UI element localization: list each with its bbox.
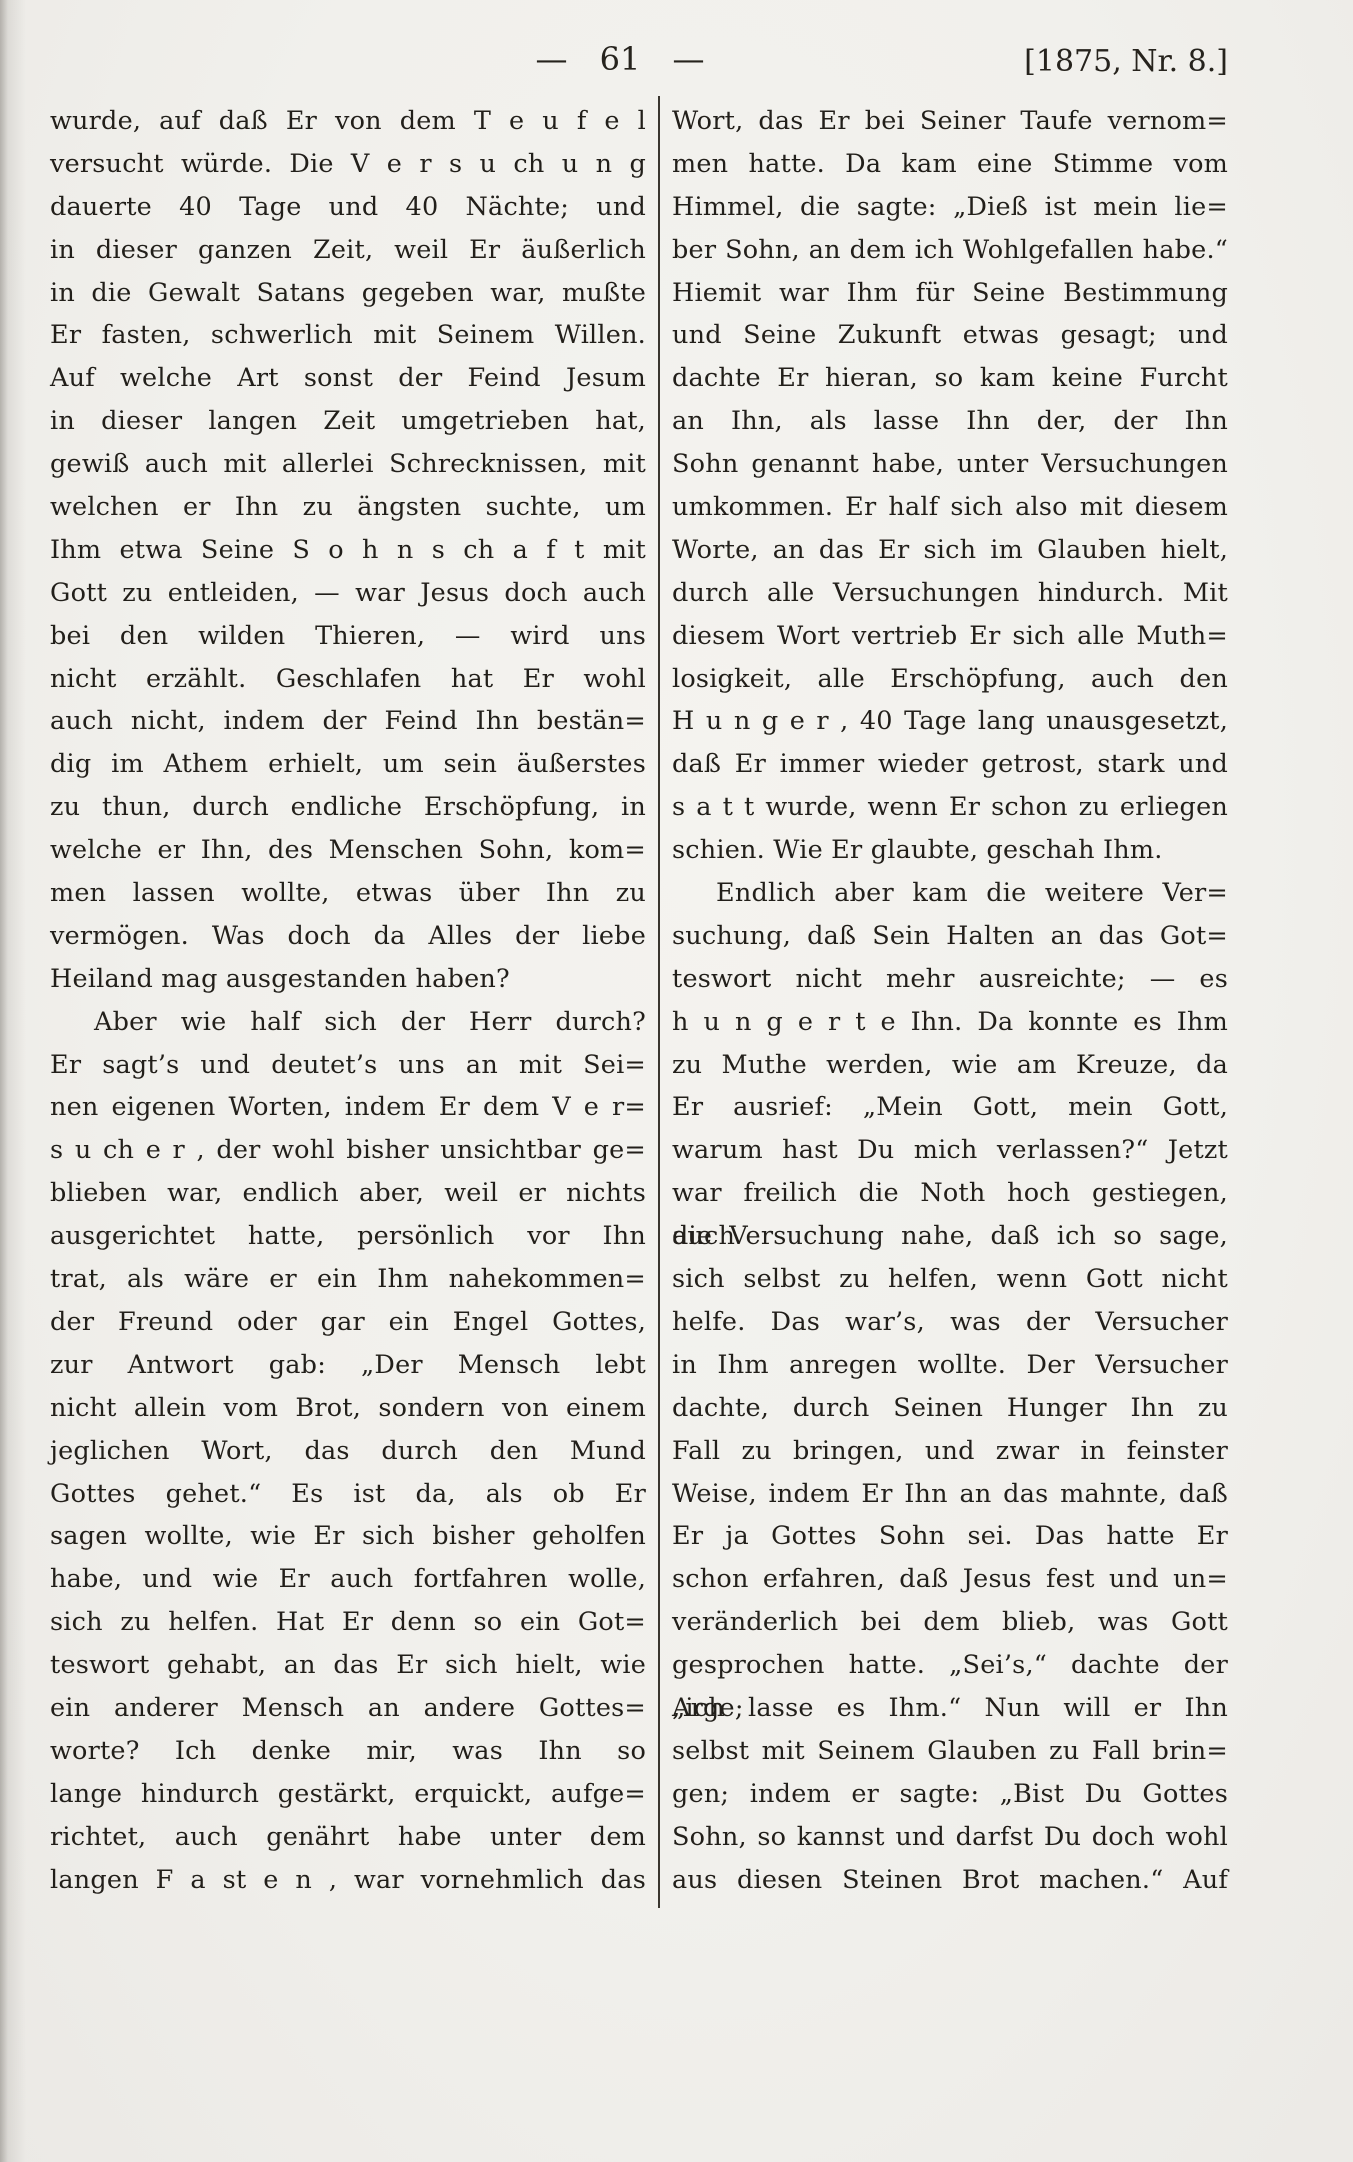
text-line: gesprochen hatte. „Sei’s,“ dachte der Ar… (672, 1644, 1228, 1687)
text-line: Ihm etwa Seine S o h n s ch a f t mit (50, 529, 646, 572)
text-line: worte? Ich denke mir, was Ihn so (50, 1730, 646, 1773)
text-line: losigkeit, alle Erschöpfung, auch den (672, 658, 1228, 701)
text-line: warum hast Du mich verlassen?“ Jetzt (672, 1129, 1228, 1172)
text-line: in Ihm anregen wollte. Der Versucher (672, 1344, 1228, 1387)
text-line: teswort nicht mehr ausreichte; — es (672, 958, 1228, 1001)
text-line: Aber wie half sich der Herr durch? (50, 1001, 646, 1044)
text-line: der Freund oder gar ein Engel Gottes, (50, 1301, 646, 1344)
text-line: trat, als wäre er ein Ihm nahekommen= (50, 1258, 646, 1301)
text-line: lange hindurch gestärkt, erquickt, aufge… (50, 1773, 646, 1816)
text-line: Hiemit war Ihm für Seine Bestimmung (672, 272, 1228, 315)
text-line: daß Er immer wieder getrost, stark und (672, 743, 1228, 786)
text-line: selbst mit Seinem Glauben zu Fall brin= (672, 1730, 1228, 1773)
text-line: und Seine Zukunft etwas gesagt; und (672, 314, 1228, 357)
text-line: Heiland mag ausgestanden haben? (50, 958, 646, 1001)
text-line: Himmel, die sagte: „Dieß ist mein lie= (672, 186, 1228, 229)
text-line: jeglichen Wort, das durch den Mund (50, 1430, 646, 1473)
text-line: men hatte. Da kam eine Stimme vom (672, 143, 1228, 186)
text-line: nicht allein vom Brot, sondern von einem (50, 1387, 646, 1430)
column-divider-rule (658, 96, 660, 1908)
text-line: richtet, auch genährt habe unter dem (50, 1816, 646, 1859)
text-line: Endlich aber kam die weitere Ver= (672, 872, 1228, 915)
text-line: s a t t wurde, wenn Er schon zu erliegen (672, 786, 1228, 829)
text-line: Er ja Gottes Sohn sei. Das hatte Er (672, 1515, 1228, 1558)
text-line: in dieser ganzen Zeit, weil Er äußerlich (50, 229, 646, 272)
text-line: s u ch e r , der wohl bisher unsichtbar … (50, 1129, 646, 1172)
text-line: gen; indem er sagte: „Bist Du Gottes (672, 1773, 1228, 1816)
issue-reference: [1875, Nr. 8.] (1024, 44, 1228, 79)
text-line: Worte, an das Er sich im Glauben hielt, (672, 529, 1228, 572)
text-line: umkommen. Er half sich also mit diesem (672, 486, 1228, 529)
text-line: welche er Ihn, des Menschen Sohn, kom= (50, 829, 646, 872)
text-line: schon erfahren, daß Jesus fest und un= (672, 1558, 1228, 1601)
scanned-page: — 61 — [1875, Nr. 8.] wurde, auf daß Er … (0, 0, 1353, 2162)
text-line: helfe. Das war’s, was der Versucher (672, 1301, 1228, 1344)
text-line: sich zu helfen. Hat Er denn so ein Got= (50, 1601, 646, 1644)
text-line: vermögen. Was doch da Alles der liebe (50, 915, 646, 958)
text-line: zu thun, durch endliche Erschöpfung, in (50, 786, 646, 829)
text-line: h u n g e r t e Ihn. Da konnte es Ihm (672, 1001, 1228, 1044)
text-line: durch alle Versuchungen hindurch. Mit (672, 572, 1228, 615)
text-line: schien. Wie Er glaubte, geschah Ihm. (672, 829, 1228, 872)
text-line: gewiß auch mit allerlei Schrecknissen, m… (50, 443, 646, 486)
text-line: dauerte 40 Tage und 40 Nächte; und (50, 186, 646, 229)
text-line: suchung, daß Sein Halten an das Got= (672, 915, 1228, 958)
text-line: dig im Athem erhielt, um sein äußerstes (50, 743, 646, 786)
text-line: Wort, das Er bei Seiner Taufe vernom= (672, 100, 1228, 143)
text-line: an Ihn, als lasse Ihn der, der Ihn (672, 400, 1228, 443)
text-line: „ich lasse es Ihm.“ Nun will er Ihn (672, 1687, 1228, 1730)
text-line: Er fasten, schwerlich mit Seinem Willen. (50, 314, 646, 357)
text-line: ausgerichtet hatte, persönlich vor Ihn (50, 1215, 646, 1258)
text-line: nen eigenen Worten, indem Er dem V e r= (50, 1086, 646, 1129)
text-line: men lassen wollte, etwas über Ihn zu (50, 872, 646, 915)
text-line: bei den wilden Thieren, — wird uns (50, 615, 646, 658)
text-line: Gottes gehet.“ Es ist da, als ob Er (50, 1473, 646, 1516)
text-line: dachte Er hieran, so kam keine Furcht (672, 357, 1228, 400)
text-line: Weise, indem Er Ihn an das mahnte, daß (672, 1473, 1228, 1516)
text-line: wurde, auf daß Er von dem T e u f e l (50, 100, 646, 143)
text-line: die Versuchung nahe, daß ich so sage, (672, 1215, 1228, 1258)
text-line: veränderlich bei dem blieb, was Gott (672, 1601, 1228, 1644)
left-text-column: wurde, auf daß Er von dem T e u f e lver… (50, 100, 646, 1901)
text-line: versucht würde. Die V e r s u ch u n g (50, 143, 646, 186)
text-line: nicht erzählt. Geschlafen hat Er wohl (50, 658, 646, 701)
text-line: teswort gehabt, an das Er sich hielt, wi… (50, 1644, 646, 1687)
text-line: in die Gewalt Satans gegeben war, mußte (50, 272, 646, 315)
text-line: ein anderer Mensch an andere Gottes= (50, 1687, 646, 1730)
text-line: habe, und wie Er auch fortfahren wolle, (50, 1558, 646, 1601)
text-line: ber Sohn, an dem ich Wohlgefallen habe.“ (672, 229, 1228, 272)
text-line: Er sagt’s und deutet’s uns an mit Sei= (50, 1044, 646, 1087)
right-text-column: Wort, das Er bei Seiner Taufe vernom=men… (672, 100, 1228, 1901)
text-line: Sohn, so kannst und darfst Du doch wohl (672, 1816, 1228, 1859)
text-line: Er ausrief: „Mein Gott, mein Gott, (672, 1086, 1228, 1129)
text-line: dachte, durch Seinen Hunger Ihn zu (672, 1387, 1228, 1430)
text-line: Sohn genannt habe, unter Versuchungen (672, 443, 1228, 486)
text-line: Gott zu entleiden, — war Jesus doch auch (50, 572, 646, 615)
text-line: zur Antwort gab: „Der Mensch lebt (50, 1344, 646, 1387)
text-line: H u n g e r , 40 Tage lang unausgesetzt, (672, 700, 1228, 743)
text-line: welchen er Ihn zu ängsten suchte, um (50, 486, 646, 529)
text-line: auch nicht, indem der Feind Ihn bestän= (50, 700, 646, 743)
text-line: sich selbst zu helfen, wenn Gott nicht (672, 1258, 1228, 1301)
text-line: aus diesen Steinen Brot machen.“ Auf (672, 1859, 1228, 1902)
text-line: Fall zu bringen, und zwar in feinster (672, 1430, 1228, 1473)
text-line: sagen wollte, wie Er sich bisher geholfe… (50, 1515, 646, 1558)
text-line: war freilich die Noth hoch gestiegen, au… (672, 1172, 1228, 1215)
text-line: Auf welche Art sonst der Feind Jesum (50, 357, 646, 400)
text-line: zu Muthe werden, wie am Kreuze, da (672, 1044, 1228, 1087)
text-line: langen F a st e n , war vornehmlich das (50, 1859, 646, 1902)
text-line: in dieser langen Zeit umgetrieben hat, (50, 400, 646, 443)
text-line: blieben war, endlich aber, weil er nicht… (50, 1172, 646, 1215)
text-line: diesem Wort vertrieb Er sich alle Muth= (672, 615, 1228, 658)
